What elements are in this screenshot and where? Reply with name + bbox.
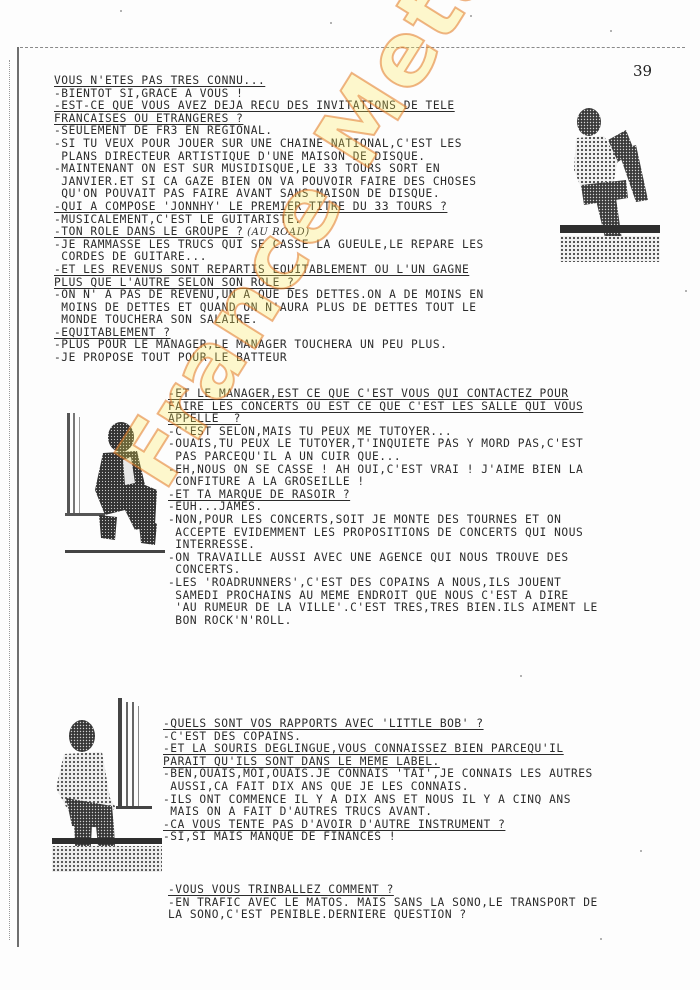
line-text: -MAINTENANT ON EST SUR MUSIDISQUE,LE 33 … (54, 162, 440, 175)
page-number: 39 (633, 62, 652, 80)
line-text: -BEN,OUAIS,MOI,OUAIS.JE CONNAIS 'TAI',JE… (163, 767, 593, 780)
photo-crouching-musician (65, 405, 165, 555)
line-text: -EQUITABLEMENT ? (54, 326, 171, 339)
interview-section-intro: VOUS N'ETES PAS TRES CONNU...-BIENTOT SI… (54, 75, 484, 365)
speck (610, 30, 612, 32)
line-text: MONDE TOUCHERA SON SALAIRE. (54, 313, 258, 326)
line-text: PLUS QUE L'AUTRE SELON SON ROLE ? (54, 276, 294, 289)
line-text: SAMEDI PROCHAINS AU MEME ENDROIT QUE NOU… (168, 589, 569, 602)
photo-seated-man (556, 100, 666, 265)
line-text: ACCEPTE EVIDEMMENT LES PROPOSITIONS DE C… (168, 526, 583, 539)
line-text: -BIENTOT SI,GRACE A VOUS ! (54, 87, 243, 100)
line-text: FRANCAISES OU ETRANGERES ? (54, 112, 243, 125)
line-text: CONFITURE A LA GROSEILLE ! (168, 475, 365, 488)
line-text: AUSSI,CA FAIT DIX ANS QUE JE LES CONNAIS… (163, 780, 469, 793)
speck (640, 850, 642, 852)
line-text: PARAIT QU'ILS SONT DANS LE MEME LABEL. (163, 755, 440, 768)
speck (685, 290, 687, 292)
interview-section-little-bob: -QUELS SONT VOS RAPPORTS AVEC 'LITTLE BO… (163, 718, 593, 844)
line-text: APPELLE ? (168, 412, 241, 425)
interview-section-transport: -VOUS VOUS TRINBALLEZ COMMENT ?-EN TRAFI… (168, 884, 598, 922)
interview-line: BON ROCK'N'ROLL. (168, 615, 598, 628)
line-text: MAIS ON A FAIT D'AUTRES TRUCS AVANT. (163, 805, 433, 818)
line-text: -SEULEMENT DE FR3 EN REGIONAL. (54, 124, 273, 137)
line-text: -PLUS POUR LE MANAGER,LE MANAGER TOUCHER… (54, 338, 447, 351)
line-text: -C'EST DES COPAINS. (163, 730, 301, 743)
speck (470, 15, 472, 17)
line-text: -ILS ONT COMMENCE IL Y A DIX ANS ET NOUS… (163, 793, 571, 806)
interview-line: -SI,SI MAIS MANQUE DE FINANCES ! (163, 831, 593, 844)
line-text: LA SONO,C'EST PENIBLE.DERNIERE QUESTION … (168, 908, 467, 921)
man-on-steps-illustration (52, 688, 162, 873)
line-text: 'AU RUMEUR DE LA VILLE'.C'EST TRES,TRES … (168, 601, 598, 614)
line-text: PLANS DIRECTEUR ARTISTIQUE D'UNE MAISON … (54, 150, 426, 163)
line-text: -EH,NOUS ON SE CASSE ! AH OUI,C'EST VRAI… (168, 463, 583, 476)
line-text: -JE RAMMASSE LES TRUCS QUI SE CASSE LA G… (54, 238, 484, 251)
photo-man-on-steps (52, 688, 162, 873)
interview-section-manager: -ET LE MANAGER,EST CE QUE C'EST VOUS QUI… (168, 388, 598, 627)
line-text: VOUS N'ETES PAS TRES CONNU... (54, 74, 265, 87)
photocopy-frame-left (17, 47, 19, 947)
line-text: -EST-CE QUE VOUS AVEZ DEJA RECU DES INVI… (54, 99, 455, 112)
line-text: -SI TU VEUX POUR JOUER SUR UNE CHAINE NA… (54, 137, 462, 150)
fanzine-page: 39 VOUS N'ETES PAS TRES CONNU...-BIENTOT… (0, 0, 700, 990)
speck (330, 22, 332, 24)
line-text: -C'EST SELON,MAIS TU PEUX ME TUTOYER... (168, 425, 452, 438)
line-text: -ET TA MARQUE DE RASOIR ? (168, 488, 350, 501)
photocopy-edge-noise (9, 60, 10, 940)
line-text: -ON TRAVAILLE AUSSI AVEC UNE AGENCE QUI … (168, 551, 569, 564)
line-text: PAS PARCEQU'IL A UN CUIR QUE... (168, 450, 401, 463)
line-text: -LES 'ROADRUNNERS',C'EST DES COPAINS A N… (168, 576, 561, 589)
line-text: -EN TRAFIC AVEC LE MATOS. MAIS SANS LA S… (168, 896, 598, 909)
seated-man-illustration (556, 100, 666, 265)
speck (120, 10, 122, 12)
line-text: -QUELS SONT VOS RAPPORTS AVEC 'LITTLE BO… (163, 717, 484, 730)
line-text: -CA VOUS TENTE PAS D'AVOIR D'AUTRE INSTR… (163, 818, 505, 831)
speck (520, 675, 522, 677)
crouching-musician-illustration (65, 405, 165, 555)
interview-line: LA SONO,C'EST PENIBLE.DERNIERE QUESTION … (168, 909, 598, 922)
line-text: JANVIER.ET SI CA GAZE BIEN ON VA POUVOIR… (54, 175, 477, 188)
line-text: -MUSICALEMENT,C'EST LE GUITARISTE. (54, 213, 302, 226)
line-text: -VOUS VOUS TRINBALLEZ COMMENT ? (168, 883, 394, 896)
line-text: QU'ON POUVAIT PAS FAIRE AVANT SANS MAISO… (54, 187, 440, 200)
line-text: -OUAIS,TU PEUX LE TUTOYER,T'INQUIETE PAS… (168, 437, 583, 450)
line-text: INTERRESSE. (168, 538, 255, 551)
line-text: -ET LES REVENUS SONT REPARTIS EQUITABLEM… (54, 263, 469, 276)
line-text: -EUH...JAMES. (168, 500, 263, 513)
line-text: -JE PROPOSE TOUT POUR LE BATTEUR (54, 351, 287, 364)
line-text: -TON ROLE DANS LE GROUPE ? (54, 225, 243, 238)
line-text: -ON N' A PAS DE REVENU,UN A QUE DES DETT… (54, 288, 484, 301)
line-text: -SI,SI MAIS MANQUE DE FINANCES ! (163, 830, 396, 843)
line-text: -ET LE MANAGER,EST CE QUE C'EST VOUS QUI… (168, 387, 569, 400)
speck (600, 938, 602, 940)
line-text: -NON,POUR LES CONCERTS,SOIT JE MONTE DES… (168, 513, 561, 526)
line-text: BON ROCK'N'ROLL. (168, 614, 292, 627)
photocopy-frame-top (20, 47, 685, 48)
handwritten-note: (AU ROAD) (243, 227, 309, 238)
line-text: MOINS DE DETTES ET QUAND ON N'AURA PLUS … (54, 301, 477, 314)
line-text: -QUI A COMPOSE 'JONNHY' LE PREMIER TITRE… (54, 200, 447, 213)
line-text: FAIRE LES CONCERTS OU EST CE QUE C'EST L… (168, 400, 583, 413)
interview-line: -JE PROPOSE TOUT POUR LE BATTEUR (54, 352, 484, 365)
line-text: CORDES DE GUITARE... (54, 250, 207, 263)
line-text: CONCERTS. (168, 563, 241, 576)
line-text: -ET LA SOURIS DEGLINGUE,VOUS CONNAISSEZ … (163, 742, 564, 755)
